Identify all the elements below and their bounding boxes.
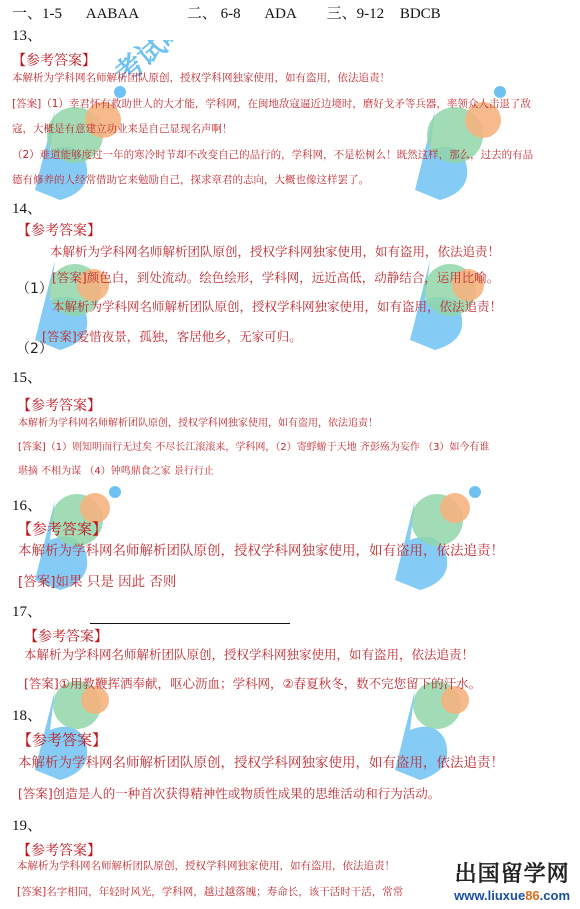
reference-answer-label: 【参考答案】 xyxy=(17,840,101,860)
reference-answer-label: 【参考答案】 xyxy=(17,518,107,539)
answer-line: [答案]名字相同，年轻时风光，学科网，越过越落魄；寿命长，该干活时干活，常常 xyxy=(17,884,403,899)
answer-key-row: 一、1-5 AABAA 二、 6-8 ADA 三、9-12 BDCB xyxy=(12,2,441,23)
section1-label: 一、1-5 xyxy=(12,2,62,23)
question-number: 19、 xyxy=(12,814,42,835)
watermark-566-logo-icon xyxy=(375,470,535,600)
sub-question-label: （2） xyxy=(16,338,53,358)
copyright-notice: 本解析为学科网名师解析团队原创，授权学科网独家使用，如有盗用，依法追责！ xyxy=(17,858,395,873)
copyright-notice: 本解析为学科网名师解析团队原创，授权学科网独家使用，如有盗用，依法追责！ xyxy=(52,297,502,315)
section2-answers: ADA xyxy=(264,6,297,23)
copyright-notice: 本解析为学科网名师解析团队原创，授权学科网独家使用，如有盗用，依法追责！ xyxy=(18,414,378,429)
reference-answer-label: 【参考答案】 xyxy=(17,220,101,240)
answer-line: （2）难道能够度过一年的寒冷时节却不改变自己的品行的，学科网，不是松树么！既然这… xyxy=(12,147,533,162)
copyright-notice: 本解析为学科网名师解析团队原创，授权学科网独家使用，如有盗用，依法追责！ xyxy=(24,645,474,663)
answer-line: 堪摘 不相为谋 （4）钟鸣鼎食之家 景行行止 xyxy=(18,462,214,477)
site-logo-name: 出国留学网 xyxy=(454,857,570,888)
question-number: 16、 xyxy=(12,494,42,515)
reference-answer-label: 【参考答案】 xyxy=(24,626,108,646)
blank-underline xyxy=(90,623,290,624)
answer-line: [答案]①用教鞭挥洒奉献，呕心沥血；学科网，②春夏秋冬，数不完您留下的汗水。 xyxy=(24,674,481,692)
answer-line: [答案]（1）则知明而行无过矣 不尽长江滚滚来，学科网，（2）寄蜉蝣于天地 齐彭… xyxy=(18,438,489,453)
question-number: 18、 xyxy=(12,704,42,725)
answer-line: 寇，大概是有意建立功业来是自己显现名声啊！ xyxy=(12,121,233,136)
section3-answers: BDCB xyxy=(400,6,441,23)
copyright-notice: 本解析为学科网名师解析团队原创，授权学科网独家使用，如有盗用，依法追责！ xyxy=(12,70,390,85)
answer-line: [答案]（1）幸君怀有救助世人的大才能，学科网，在闽地敌寇逼近边境时，磨好戈矛等… xyxy=(12,96,531,111)
answer-line: [答案]爱惜夜景，孤独，客居他乡，无家可归。 xyxy=(42,327,302,345)
copyright-notice: 本解析为学科网名师解析团队原创，授权学科网独家使用，如有盗用，依法追责！ xyxy=(18,751,504,771)
site-logo: 出国留学网 www.liuxue86.com xyxy=(450,855,574,905)
section2-label: 二、 6-8 xyxy=(187,2,241,23)
answer-line: 德有修养的人经常借助它来勉励自己，探求章君的志向，大概也像这样罢了。 xyxy=(12,172,369,187)
site-logo-url: www.liuxue86.com xyxy=(454,888,570,903)
reference-answer-label: 【参考答案】 xyxy=(17,395,101,415)
section3-label: 三、9-12 xyxy=(327,2,385,23)
question-number: 15、 xyxy=(12,366,42,387)
reference-answer-label: 【参考答案】 xyxy=(12,50,96,70)
answer-line: [答案]如果 只是 因此 否则 xyxy=(18,570,176,590)
question-number: 13、 xyxy=(12,24,42,45)
copyright-notice: 本解析为学科网名师解析团队原创，授权学科网独家使用，如有盗用，依法追责！ xyxy=(18,539,504,559)
section1-answers: AABAA xyxy=(86,6,139,23)
reference-answer-label: 【参考答案】 xyxy=(17,729,107,750)
question-number: 17、 xyxy=(12,600,42,621)
watermark-566-logo-icon xyxy=(395,40,555,240)
answer-line: [答案]创造是人的一种首次获得精神性或物质性成果的思维活动和行为活动。 xyxy=(18,784,440,802)
answer-line: [答案]颜色白，到处流动。绘色绘形，学科网，远近高低，动静结合，运用比喻。 xyxy=(52,268,499,286)
sub-question-label: （1） xyxy=(16,278,53,298)
copyright-notice: 本解析为学科网名师解析团队原创，授权学科网独家使用，如有盗用，依法追责！ xyxy=(50,242,500,260)
question-number: 14、 xyxy=(12,197,42,218)
